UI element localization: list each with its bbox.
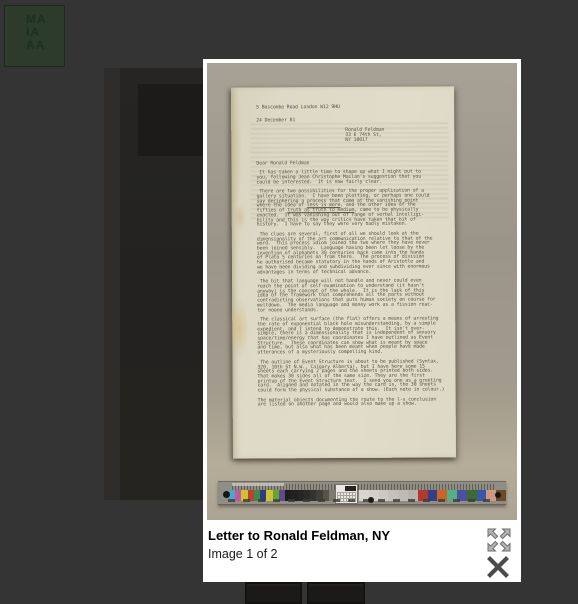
lightbox-modal: 5 Boscombe Road London W12 9HU 24 Decemb… (203, 59, 521, 582)
logo-line: AA (26, 39, 64, 52)
collection-logo[interactable]: MA IA AA (4, 5, 65, 67)
expand-arrows-icon[interactable] (484, 526, 514, 554)
letter-body: It has taken a little time to shape up w… (256, 171, 441, 409)
background-thumbnail (245, 582, 302, 604)
letter-photograph: 5 Boscombe Road London W12 9HU 24 Decemb… (207, 63, 517, 520)
ruler-dot (368, 497, 374, 503)
image-title: Letter to Ronald Feldman, NY (208, 528, 390, 543)
color-calibration-ruler (218, 481, 506, 505)
ruler-dot (495, 492, 501, 498)
image-counter: Image 1 of 2 (208, 547, 390, 561)
background-thumbnail (307, 582, 365, 604)
recipient-address: Ronald Feldman33 E 74th St,NY 10017 (345, 129, 440, 144)
sender-address: 5 Boscombe Road London W12 9HU (256, 105, 440, 111)
ruler-label (232, 483, 284, 486)
paper-stain (229, 297, 249, 359)
letter-page: 5 Boscombe Road London W12 9HU 24 Decemb… (231, 86, 456, 458)
letter-date: 24 December 81 (256, 118, 440, 124)
ruler-ticks (228, 499, 496, 502)
close-x-icon[interactable] (486, 556, 510, 578)
ruler-dot (223, 491, 230, 498)
salutation: Dear Ronald Feldman (256, 161, 440, 167)
paper-stain (233, 204, 247, 232)
caption: Letter to Ronald Feldman, NY Image 1 of … (208, 528, 390, 561)
screen: MA IA AA 5 Boscombe Road London W12 9HU … (0, 0, 578, 604)
paper-stain (229, 84, 242, 214)
